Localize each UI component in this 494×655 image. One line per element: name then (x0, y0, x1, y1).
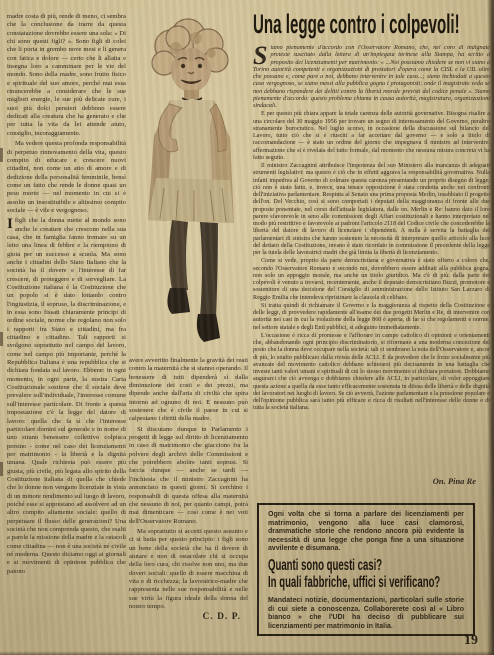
magazine-page: madre costa di più, rende di meno, ci se… (0, 0, 494, 655)
appeal-box-outro: Mandateci notizie, documentazioni, parti… (268, 597, 464, 631)
appeal-box: Ogni volta che si torna a parlare dei li… (257, 503, 475, 636)
article-paragraph: avere avvertito finalmente la gravità de… (129, 357, 248, 424)
article-headline: Una legge contro i colpevoli! (253, 10, 386, 38)
child-photo (126, 8, 258, 358)
article-paragraph: Si tratta quindi di richiamare il Govern… (253, 303, 490, 332)
scan-edge-bottom (0, 651, 494, 655)
appeal-box-headline-line2: In quali fabbriche, uffici si verificano… (268, 575, 386, 592)
author-initials: C. D. P. (129, 612, 241, 622)
article-body: Siamo pienamente d'accordo con l'Osserva… (253, 45, 490, 473)
scan-edge-right (487, 0, 494, 655)
article-intro-text: iamo pienamente d'accordo con l'Osservat… (253, 45, 490, 109)
child-photo-illustration (126, 8, 258, 358)
scan-mark (0, 462, 3, 476)
article-paragraph: Il ministro Zaccagnini attribuisce l'imp… (253, 163, 490, 257)
middle-column: avere avvertito finalmente la gravità de… (129, 357, 248, 613)
article-intro-paragraph: Siamo pienamente d'accordo con l'Osserva… (253, 45, 490, 110)
article-paragraph: Si discutano dunque in Parlamento i prog… (129, 426, 248, 526)
drop-cap-s: S (253, 45, 270, 66)
article-paragraph: Come si vede, proprio da parte democrist… (253, 258, 490, 302)
article-paragraph: Ifigli che la donna mette al mondo sono … (7, 217, 126, 576)
article-paragraph: madre costa di più, rende di meno, ci se… (7, 13, 126, 138)
appeal-box-headline-line1: Quanti sono questi casi? (268, 558, 386, 575)
article-paragraph: L'occasione è ricca di promesse e l'affi… (253, 333, 490, 413)
left-column: madre costa di più, rende di meno, ci se… (7, 13, 126, 653)
appeal-box-intro: Ogni volta che si torna a parlare dei li… (268, 511, 464, 554)
article-paragraph: E per questo più chiara appare la totale… (253, 111, 490, 162)
article-paragraph: Ma soprattutto si accetti questo assunto… (129, 528, 248, 611)
main-article: Una legge contro i colpevoli! Siamo pien… (253, 10, 490, 486)
article-paragraph-text: figli che la donna mette al mondo sono a… (7, 217, 126, 574)
scan-mark (0, 332, 3, 346)
scan-mark (0, 148, 3, 162)
author-signature: On. Pina Re (253, 476, 490, 486)
article-paragraph: Ma vedere questa profonda responsabilità… (7, 140, 126, 215)
drop-cap-i: I (7, 217, 15, 231)
page-number: 19 (464, 633, 478, 649)
